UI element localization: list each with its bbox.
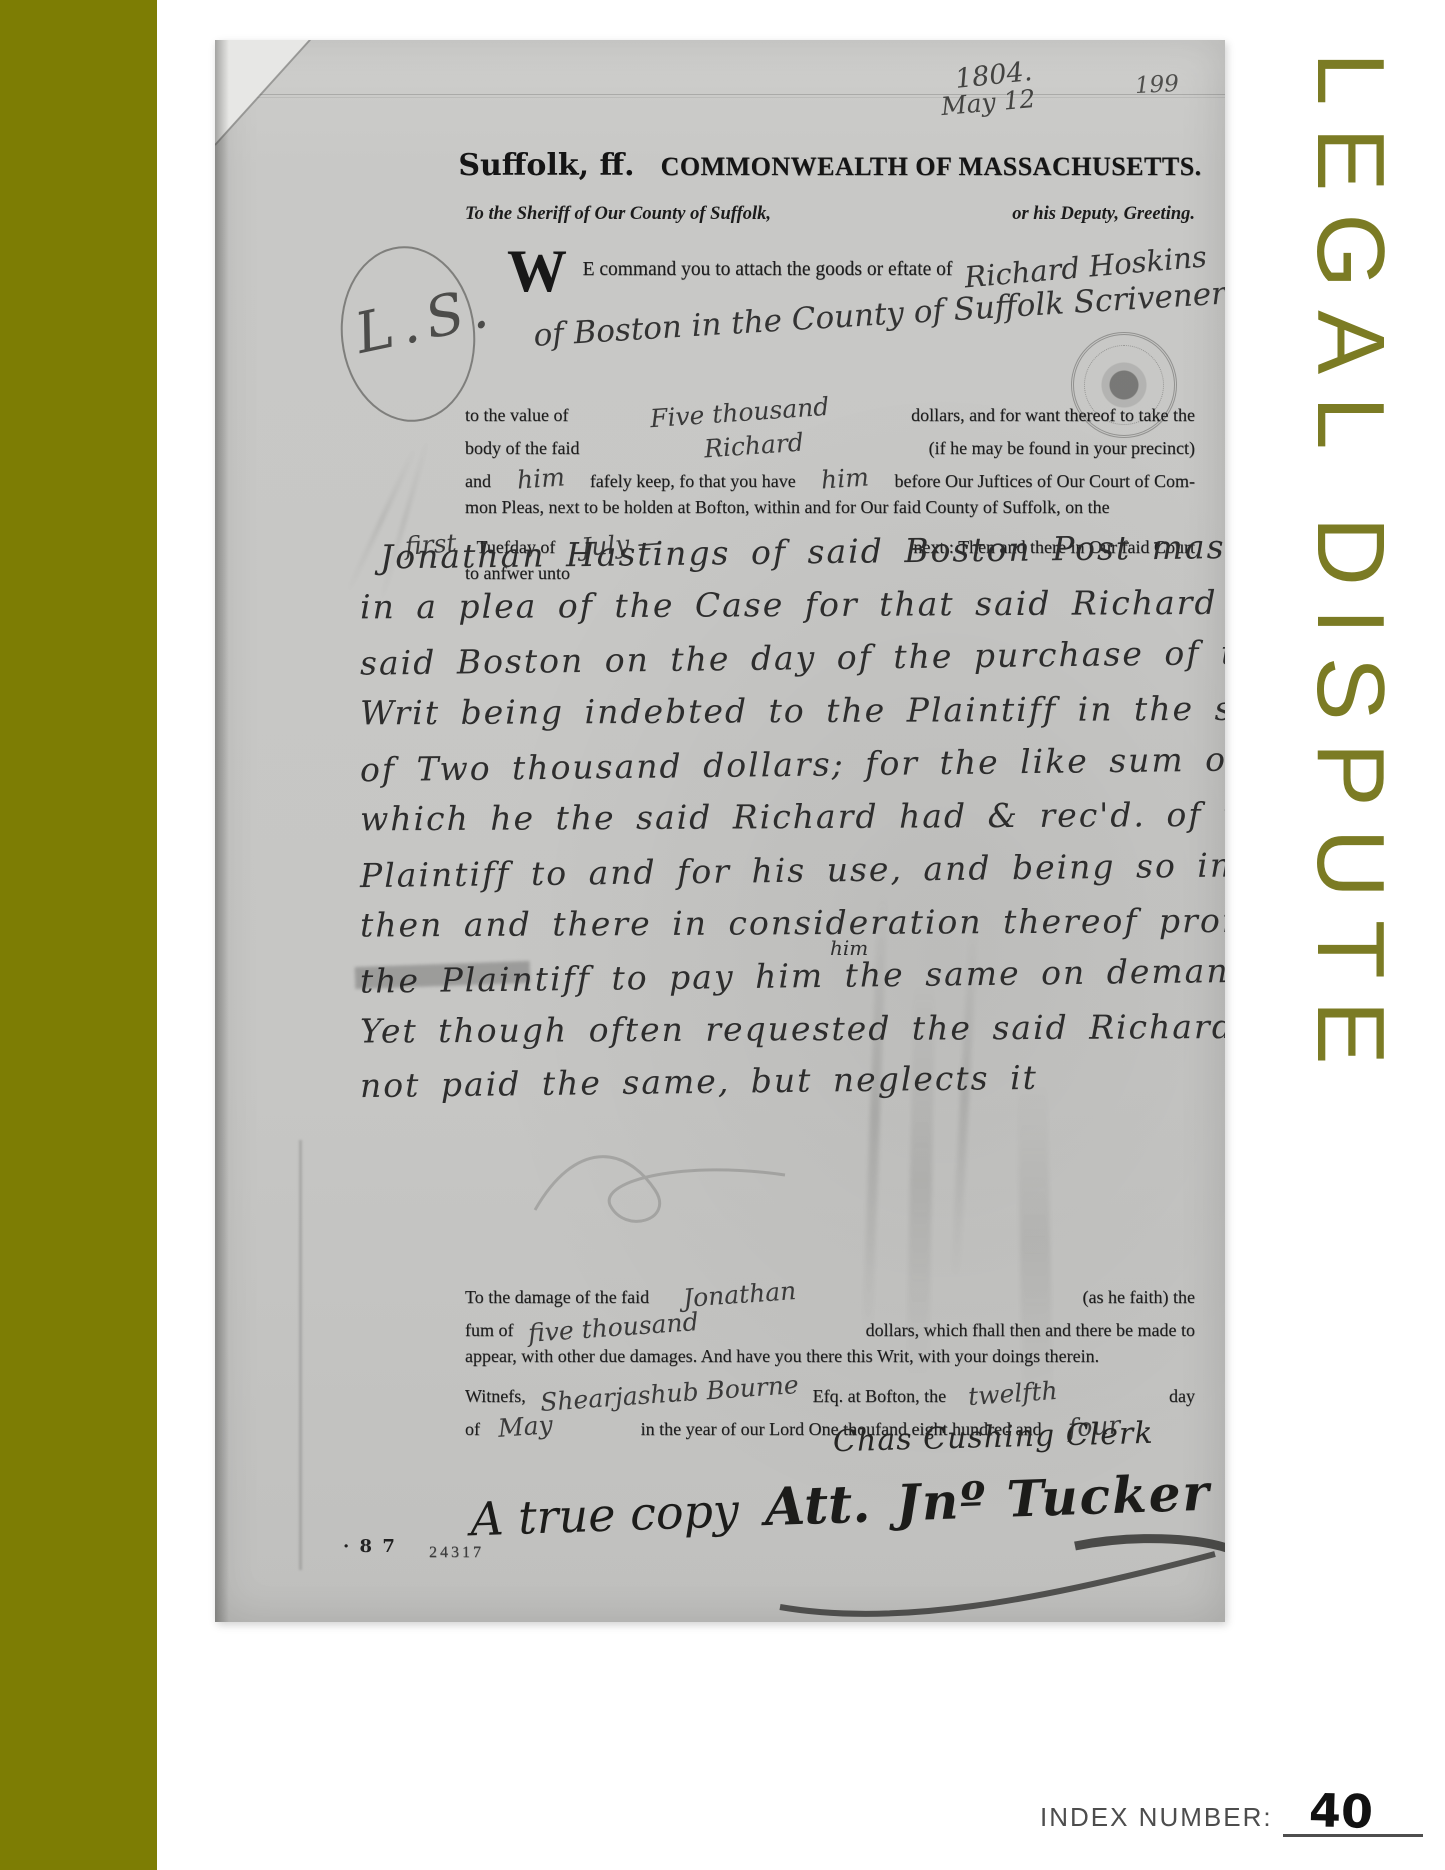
salutation-line: To the Sheriff of Our County of Suffolk,… bbox=[465, 204, 1195, 225]
index-underline: 40 bbox=[1283, 1798, 1423, 1837]
print-text: mon Pleas, next to be holden at Bofton, … bbox=[465, 497, 1110, 518]
print-text: dollars, and for want thereof to take th… bbox=[911, 405, 1195, 426]
plea-line: of Two thousand dollars; for the like su… bbox=[360, 738, 1225, 789]
command-text: E command you to attach the goods or eft… bbox=[583, 259, 953, 281]
print-text: of bbox=[465, 1419, 480, 1440]
handwritten-insertion: five thousand bbox=[527, 1307, 699, 1348]
clerk-signature: Chas Cushing Clerk bbox=[833, 1416, 1154, 1459]
attest-att-text: Att. bbox=[764, 1473, 872, 1538]
index-number-row: INDEX NUMBER: 40 bbox=[1040, 1798, 1423, 1837]
plea-line: not paid the same, but neglects it bbox=[360, 1058, 1038, 1105]
handwritten-insertion: Shearjashub Bourne bbox=[539, 1370, 799, 1417]
attachment-clause-line: to the value of Five thousand dollars, a… bbox=[465, 398, 1195, 427]
page-background: 1804. May 12 199 Suffolk, ff. COMMONWEAL… bbox=[0, 0, 1445, 1870]
print-text: day bbox=[1169, 1386, 1195, 1407]
print-text: (if he may be found in your precinct) bbox=[929, 438, 1195, 459]
print-text: fum of bbox=[465, 1320, 514, 1341]
print-text: to the value of bbox=[465, 405, 568, 426]
plea-line: Plaintiff to and for his use, and being … bbox=[360, 844, 1225, 895]
print-text: Witnefs, bbox=[465, 1386, 526, 1407]
plea-line: said Boston on the day of the purchase o… bbox=[360, 632, 1225, 682]
handwritten-insertion: Five thousand bbox=[649, 392, 830, 433]
crease-line bbox=[215, 94, 1225, 95]
plea-line: Writ being indebted to the Plaintiff in … bbox=[360, 689, 1225, 733]
plea-line: then and there in consideration thereof … bbox=[360, 900, 1225, 944]
plea-line: Yet though often requested the said Rich… bbox=[360, 1006, 1225, 1050]
plea-line: in a plea of the Case for that said Rich… bbox=[360, 583, 1225, 627]
page-edge-shadow bbox=[215, 40, 229, 1622]
signature-flourish bbox=[775, 1532, 1225, 1622]
handwritten-insertion: Richard bbox=[703, 428, 805, 464]
attachment-clause-line: body of the faid Richard (if he may be f… bbox=[465, 431, 1195, 460]
index-number-label: INDEX NUMBER: bbox=[1040, 1802, 1273, 1837]
print-text: body of the faid bbox=[465, 438, 579, 459]
date-annotation-day: May 12 bbox=[940, 84, 1037, 121]
handwritten-insertion: May bbox=[497, 1410, 554, 1443]
pen-stroke bbox=[380, 438, 430, 602]
print-text: dollars, which fhall then and there be m… bbox=[866, 1320, 1195, 1341]
side-title: LEGAL DISPUTE bbox=[1295, 52, 1405, 1087]
damages-clause-line: appear, with other due damages. And have… bbox=[465, 1346, 1195, 1367]
print-text: and bbox=[465, 471, 491, 492]
print-text: (as he faith) the bbox=[1083, 1287, 1195, 1308]
salutation-greeting: or his Deputy, Greeting. bbox=[1012, 204, 1195, 225]
drop-cap: W bbox=[507, 246, 567, 297]
print-text: To the damage of the faid bbox=[465, 1287, 649, 1308]
page-number-annotation: 199 bbox=[1134, 71, 1179, 99]
damages-clause-line: fum of five thousand dollars, which fhal… bbox=[465, 1313, 1195, 1342]
commonwealth-title: COMMONWEALTH OF MASSACHUSETTS. bbox=[661, 152, 1202, 182]
handwritten-insertion: him bbox=[820, 462, 870, 494]
county-heading: Suffolk, ff. bbox=[458, 148, 634, 183]
interline-insertion: him bbox=[830, 936, 868, 960]
handwritten-insertion: twelfth bbox=[967, 1376, 1058, 1411]
handwritten-insertion: him bbox=[516, 462, 566, 494]
attachment-clause-line: and him fafely keep, fo that you have hi… bbox=[465, 464, 1195, 493]
corner-mark: · 8 7 bbox=[343, 1536, 397, 1557]
print-text: appear, with other due damages. And have… bbox=[465, 1346, 1099, 1367]
attest-copy-text: A true copy bbox=[469, 1483, 739, 1546]
print-text: fafely keep, fo that you have bbox=[590, 471, 796, 492]
damages-clause-line: To the damage of the faid Jonathan (as h… bbox=[465, 1280, 1195, 1309]
left-accent-bar bbox=[0, 0, 157, 1870]
crease-line bbox=[215, 97, 1225, 98]
document-header: Suffolk, ff. COMMONWEALTH OF MASSACHUSET… bbox=[450, 148, 1210, 183]
salutation-to: To the Sheriff of Our County of Suffolk, bbox=[465, 204, 771, 225]
print-text: before Our Juftices of Our Court of Com- bbox=[895, 471, 1195, 492]
handwritten-insertion: Jonathan bbox=[682, 1276, 797, 1313]
page-curl-line bbox=[299, 1140, 302, 1570]
witness-line: Witnefs, Shearjashub Bourne Efq. at Boft… bbox=[465, 1379, 1195, 1408]
attachment-clause-line: mon Pleas, next to be holden at Bofton, … bbox=[465, 497, 1195, 518]
plea-line: which he the said Richard had & rec'd. o… bbox=[360, 795, 1225, 839]
index-number-value: 40 bbox=[1308, 1783, 1373, 1839]
print-text: Efq. at Bofton, the bbox=[813, 1386, 946, 1407]
docket-number: 24317 bbox=[429, 1544, 484, 1562]
pen-flourish bbox=[515, 1120, 815, 1240]
document-scan: 1804. May 12 199 Suffolk, ff. COMMONWEAL… bbox=[215, 40, 1225, 1622]
attest-clerk-name: Jnº Tucker Cler bbox=[895, 1458, 1225, 1533]
